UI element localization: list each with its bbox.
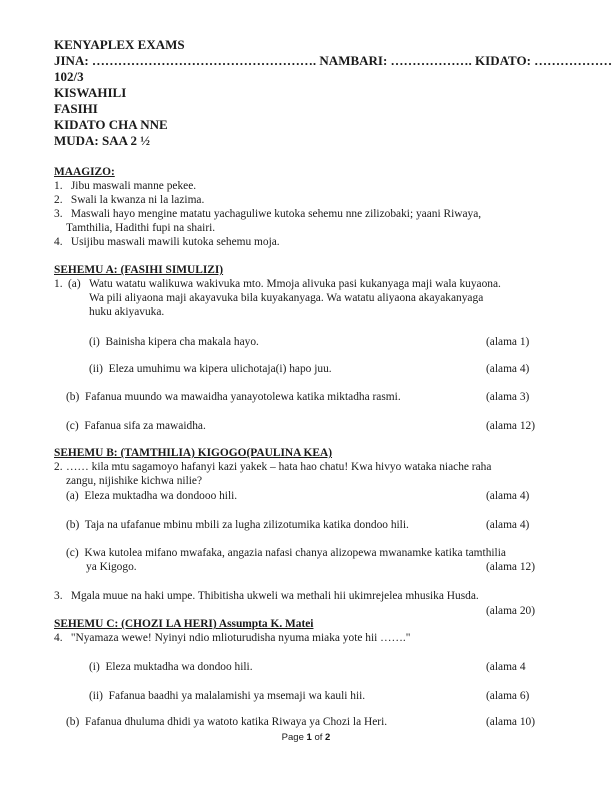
paper-code: 102/3 [54, 69, 84, 84]
question-2a: (a) Eleza muktadha wa dondooo hili. [66, 489, 237, 503]
section-a-title: SEHEMU A: (FASIHI SIMULIZI) [54, 263, 223, 277]
student-fields-line: JINA: ……………………………………………. NAMBARI: ………………… [54, 53, 612, 68]
instruction-item: 3. Maswali hayo mengine matatu yachaguli… [54, 207, 481, 221]
subject: KISWAHILI [54, 85, 126, 100]
question-1-number: 1. [54, 277, 63, 291]
instructions-title: MAAGIZO: [54, 165, 115, 179]
question-1c: (c) Fafanua sifa za mawaidha. [66, 419, 206, 433]
question-4a-ii: (ii) Fafanua baadhi ya malalamishi ya ms… [89, 689, 365, 703]
marks: (alama 10) [486, 715, 535, 729]
question-4a-i: (i) Eleza muktadha wa dondoo hili. [89, 660, 253, 674]
marks: (alama 20) [486, 604, 535, 618]
school-name: KENYAPLEX EXAMS [54, 37, 185, 52]
question-1a-ii: (ii) Eleza umuhimu wa kipera ulichotaja(… [89, 362, 332, 376]
marks: (alama 6) [486, 689, 529, 703]
instruction-item: 1. Jibu maswali manne pekee. [54, 179, 196, 193]
marks: (alama 4) [486, 362, 529, 376]
page-number: Page 1 of 2 [0, 732, 612, 743]
question-1a-i: (i) Bainisha kipera cha makala hayo. [89, 335, 259, 349]
marks: (alama 4 [486, 660, 526, 674]
form-level: KIDATO CHA NNE [54, 117, 168, 132]
marks: (alama 1) [486, 335, 529, 349]
marks: (alama 12) [486, 419, 535, 433]
marks: (alama 3) [486, 390, 529, 404]
marks: (alama 4) [486, 518, 529, 532]
marks: (alama 12) [486, 560, 535, 574]
section-b-title: SEHEMU B: (TAMTHILIA) KIGOGO(PAULINA KEA… [54, 446, 332, 460]
question-2c-continued: ya Kigogo. [86, 560, 137, 574]
question-1b: (b) Fafanua muundo wa mawaidha yanayotol… [66, 390, 401, 404]
question-4b: (b) Fafanua dhuluma dhidi ya watoto kati… [66, 715, 387, 729]
question-2-text: zangu, nijishike kichwa nilie? [66, 474, 202, 488]
question-2-text: …… kila mtu sagamoyo hafanyi kazi yakek … [66, 460, 491, 474]
marks: (alama 4) [486, 489, 529, 503]
question-1a-text: Wa pili aliyaona maji akayavuka bila kuy… [89, 291, 483, 305]
question-2c: (c) Kwa kutolea mifano mwafaka, angazia … [66, 546, 506, 560]
instruction-item-continued: Tamthilia, Hadithi fupi na shairi. [66, 221, 215, 235]
question-2-number: 2. [54, 460, 63, 474]
question-4: 4. "Nyamaza wewe! Nyinyi ndio mlioturudi… [54, 631, 410, 645]
instruction-item: 4. Usijibu maswali mawili kutoka sehemu … [54, 235, 280, 249]
question-1a-text: Watu watatu walikuwa wakivuka mto. Mmoja… [89, 277, 501, 291]
instruction-item: 2. Swali la kwanza ni la lazima. [54, 193, 204, 207]
question-3: 3. Mgala muue na haki umpe. Thibitisha u… [54, 589, 479, 603]
section-c-title: SEHEMU C: (CHOZI LA HERI) Assumpta K. Ma… [54, 617, 313, 631]
duration: MUDA: SAA 2 ½ [54, 133, 150, 148]
paper-name: FASIHI [54, 101, 98, 116]
question-1a-text: huku akiyavuka. [89, 305, 164, 319]
question-2b: (b) Taja na ufafanue mbinu mbili za lugh… [66, 518, 409, 532]
question-1a-label: (a) [68, 277, 81, 291]
